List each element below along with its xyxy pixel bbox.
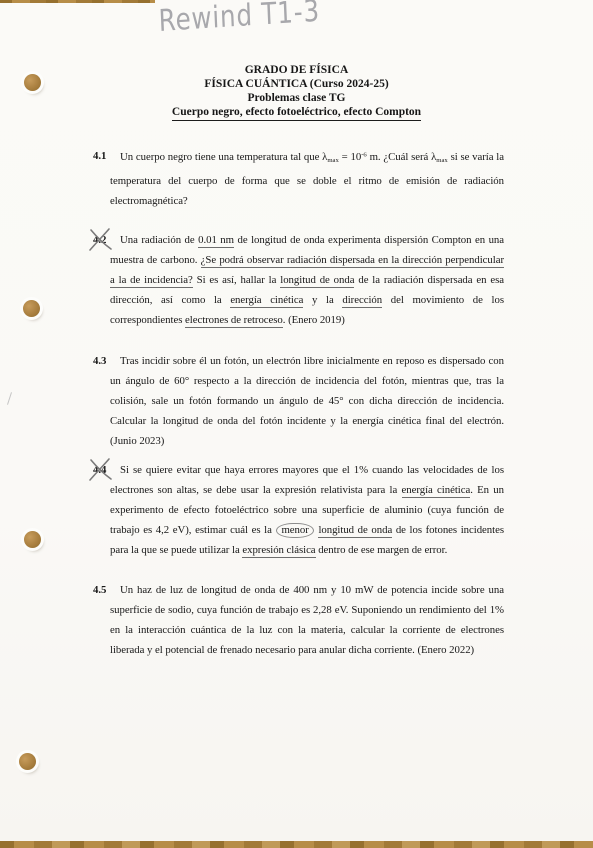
problem-item-4-5: 4.5 Un haz de luz de longitud de onda de… [110, 580, 504, 660]
problem-item-4-1: 4.1 Un cuerpo negro tiene una temperatur… [110, 146, 504, 211]
handwritten-x-mark [88, 228, 114, 251]
problem-text: Un haz de luz de longitud de onda de 400… [110, 584, 504, 656]
document-header: GRADO DE FÍSICA FÍSICA CUÁNTICA (Curso 2… [0, 0, 593, 121]
header-topic-text: Cuerpo negro, efecto fotoeléctrico, efec… [172, 105, 421, 121]
header-degree: GRADO DE FÍSICA [0, 63, 593, 77]
problem-item-4-3: 4.3 Tras incidir sobre él un fotón, un e… [110, 351, 504, 451]
problems-list: 4.1 Un cuerpo negro tiene una temperatur… [110, 146, 504, 660]
header-sheet: Problemas clase TG [0, 91, 593, 105]
header-course: FÍSICA CUÁNTICA (Curso 2024-25) [0, 77, 593, 91]
problem-text: Una radiación de 0.01 nm de longitud de … [110, 234, 504, 328]
problem-text: Si se quiere evitar que haya errores may… [110, 464, 504, 556]
problem-number: 4.3 [93, 351, 106, 371]
handwritten-x-mark [88, 458, 114, 481]
punch-hole-4 [19, 753, 36, 770]
header-topic: Cuerpo negro, efecto fotoeléctrico, efec… [0, 105, 593, 121]
problem-item-4-4: 4.4 Si se quiere evitar que haya errores… [110, 460, 504, 560]
problem-text: Tras incidir sobre él un fotón, un elect… [110, 355, 504, 447]
problem-text: Un cuerpo negro tiene una temperatura ta… [110, 151, 504, 207]
problem-item-4-2: 4.2 Una radiación de 0.01 nm de longitud… [110, 230, 504, 330]
problem-number: 4.1 [93, 146, 106, 166]
problem-number: 4.5 [93, 580, 106, 600]
document-body: GRADO DE FÍSICA FÍSICA CUÁNTICA (Curso 2… [0, 0, 593, 660]
